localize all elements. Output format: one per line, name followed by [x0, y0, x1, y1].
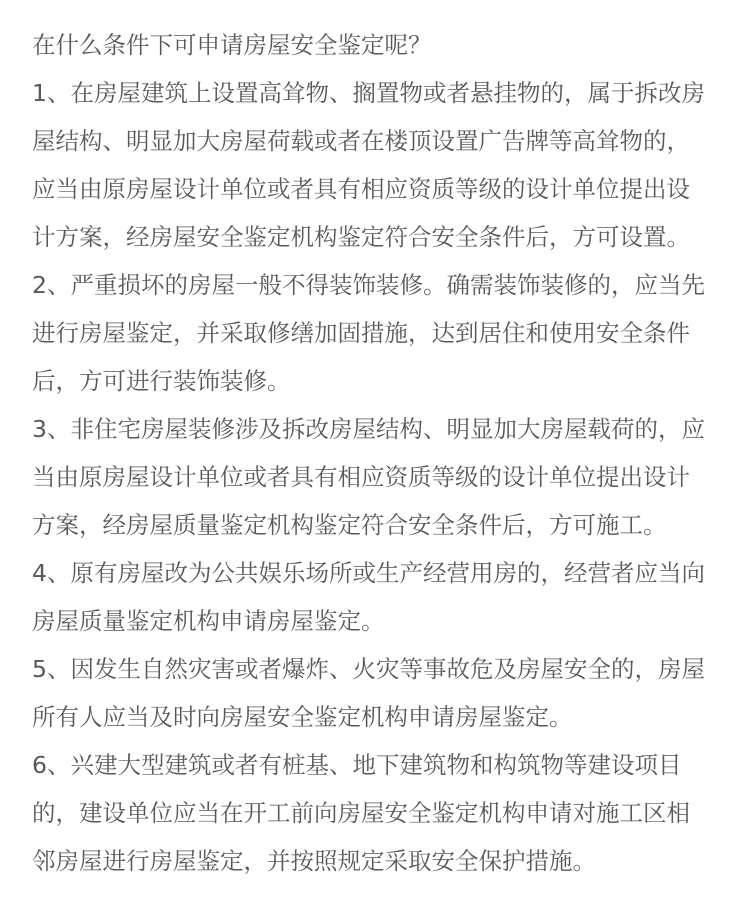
- text-line: 3、非住宅房屋装修涉及拆改房屋结构、明显加大房屋载荷的，应: [32, 405, 732, 453]
- text-line: 2、严重损坏的房屋一般不得装饰装修。确需装饰装修的，应当先: [32, 261, 732, 309]
- text-line: 当由原房屋设计单位或者具有相应资质等级的设计单位提出设计: [32, 453, 732, 501]
- condition-item-4: 4、原有房屋改为公共娱乐场所或生产经营用房的，经营者应当向 房屋质量鉴定机构申请…: [32, 549, 732, 645]
- text-line: 5、因发生自然灾害或者爆炸、火灾等事故危及房屋安全的，房屋: [32, 645, 732, 693]
- text-line: 房屋质量鉴定机构申请房屋鉴定。: [32, 597, 732, 645]
- text-line: 计方案，经房屋安全鉴定机构鉴定符合安全条件后，方可设置。: [32, 213, 732, 261]
- text-line: 1、在房屋建筑上设置高耸物、搁置物或者悬挂物的，属于拆改房: [32, 69, 732, 117]
- text-line: 邻房屋进行房屋鉴定，并按照规定采取安全保护措施。: [32, 837, 732, 885]
- condition-item-5: 5、因发生自然灾害或者爆炸、火灾等事故危及房屋安全的，房屋 所有人应当及时向房屋…: [32, 645, 732, 741]
- condition-item-2: 2、严重损坏的房屋一般不得装饰装修。确需装饰装修的，应当先 进行房屋鉴定，并采取…: [32, 261, 732, 405]
- condition-item-6: 6、兴建大型建筑或者有桩基、地下建筑物和构筑物等建设项目 的，建设单位应当在开工…: [32, 741, 732, 885]
- article-body: 在什么条件下可申请房屋安全鉴定呢？ 1、在房屋建筑上设置高耸物、搁置物或者悬挂物…: [32, 21, 732, 885]
- text-line: 所有人应当及时向房屋安全鉴定机构申请房屋鉴定。: [32, 693, 732, 741]
- text-line: 方案，经房屋质量鉴定机构鉴定符合安全条件后，方可施工。: [32, 501, 732, 549]
- condition-item-3: 3、非住宅房屋装修涉及拆改房屋结构、明显加大房屋载荷的，应 当由原房屋设计单位或…: [32, 405, 732, 549]
- text-line: 后，方可进行装饰装修。: [32, 357, 732, 405]
- question-heading: 在什么条件下可申请房屋安全鉴定呢？: [32, 21, 732, 69]
- text-line: 6、兴建大型建筑或者有桩基、地下建筑物和构筑物等建设项目: [32, 741, 732, 789]
- text-line: 4、原有房屋改为公共娱乐场所或生产经营用房的，经营者应当向: [32, 549, 732, 597]
- text-line: 进行房屋鉴定，并采取修缮加固措施，达到居住和使用安全条件: [32, 309, 732, 357]
- text-line: 的，建设单位应当在开工前向房屋安全鉴定机构申请对施工区相: [32, 789, 732, 837]
- text-line: 屋结构、明显加大房屋荷载或者在楼顶设置广告牌等高耸物的，: [32, 117, 732, 165]
- text-line: 应当由原房屋设计单位或者具有相应资质等级的设计单位提出设: [32, 165, 732, 213]
- condition-item-1: 1、在房屋建筑上设置高耸物、搁置物或者悬挂物的，属于拆改房 屋结构、明显加大房屋…: [32, 69, 732, 261]
